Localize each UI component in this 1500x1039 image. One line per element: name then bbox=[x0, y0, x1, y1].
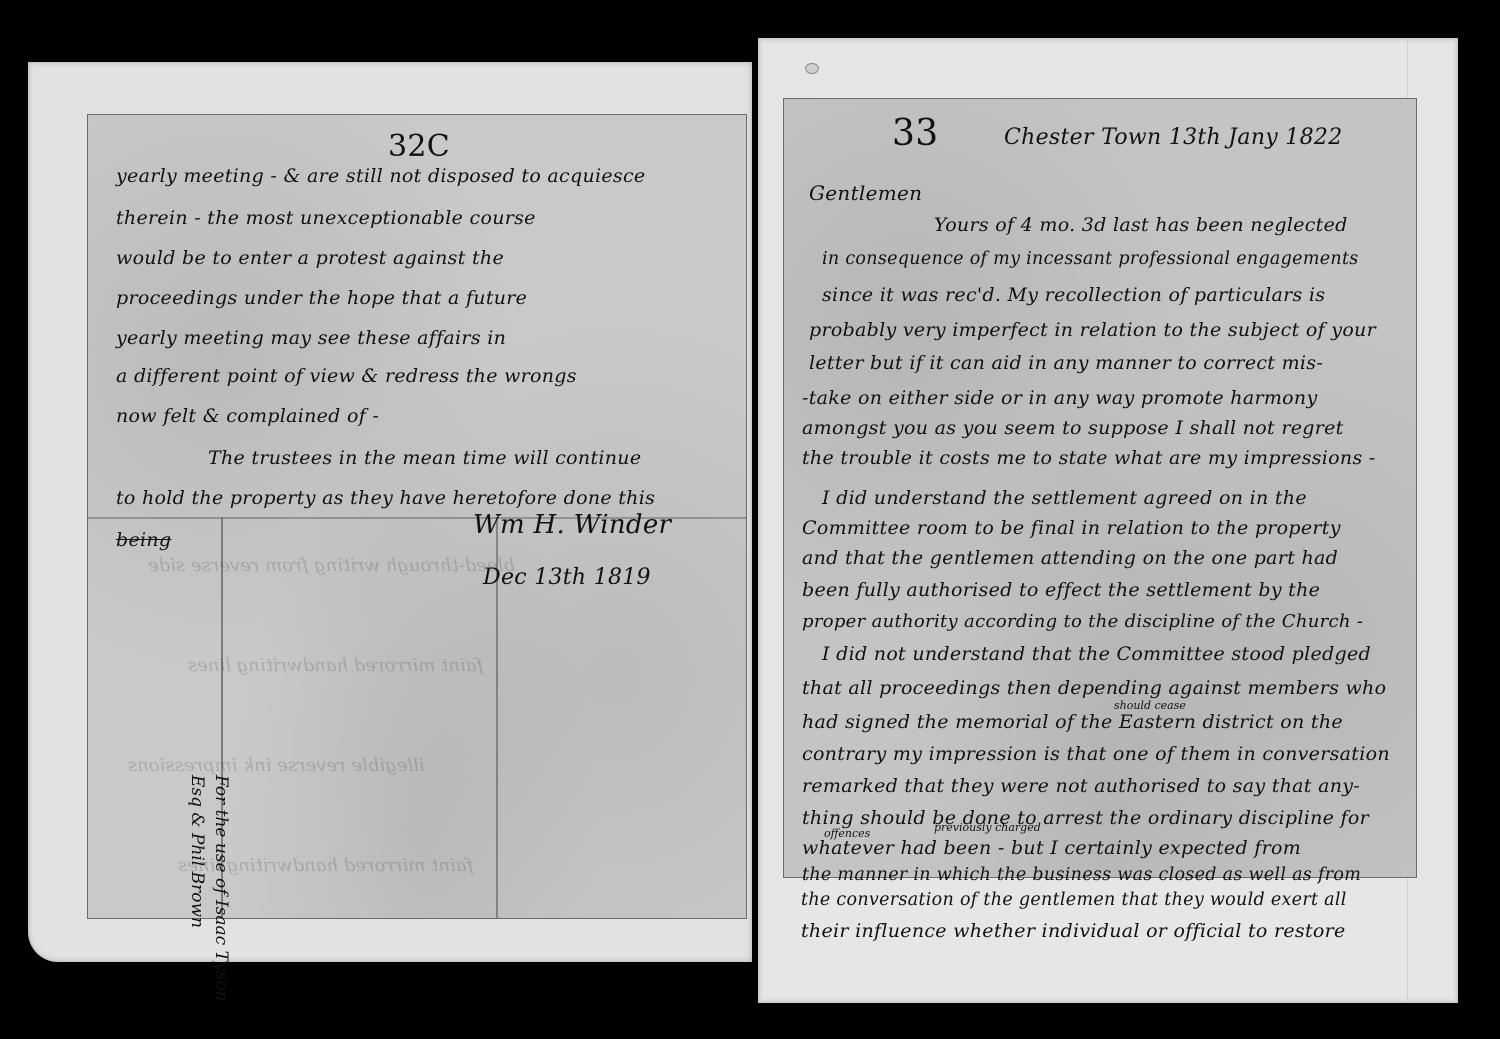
page-number: 33 bbox=[892, 113, 938, 154]
signature: Wm H. Winder bbox=[473, 510, 671, 540]
manuscript-line: contrary my impression is that one of th… bbox=[802, 743, 1390, 765]
interlinear-note: previously charged bbox=[934, 821, 1041, 834]
manuscript-line: that all proceedings then depending agai… bbox=[802, 677, 1386, 699]
manuscript-line: the trouble it costs me to state what ar… bbox=[802, 447, 1376, 469]
manuscript-line: a different point of view & redress the … bbox=[116, 365, 577, 387]
manuscript-line: therein - the most unexceptionable cours… bbox=[116, 207, 536, 229]
manuscript-line: and that the gentlemen attending on the … bbox=[802, 547, 1338, 569]
manuscript-line: their influence whether individual or of… bbox=[801, 920, 1346, 942]
manuscript-line: remarked that they were not authorised t… bbox=[802, 775, 1360, 797]
manuscript-line: letter but if it can aid in any manner t… bbox=[809, 352, 1323, 374]
salutation: Gentlemen bbox=[809, 181, 922, 205]
manuscript-line: Yours of 4 mo. 3d last has been neglecte… bbox=[934, 214, 1348, 236]
manuscript-line: been fully authorised to effect the sett… bbox=[802, 579, 1320, 601]
manuscript-line: would be to enter a protest against the bbox=[116, 247, 504, 269]
docket-line: For the use of Isaac Tyson bbox=[209, 775, 233, 1001]
docket-note: For the use of Isaac Tyson Esq & Phil Br… bbox=[185, 775, 233, 1001]
manuscript-line: the manner in which the business was clo… bbox=[802, 865, 1361, 885]
manuscript-line: Committee room to be final in relation t… bbox=[802, 517, 1341, 539]
punch-hole bbox=[805, 63, 819, 74]
manuscript-line: probably very imperfect in relation to t… bbox=[809, 319, 1376, 341]
manuscript-line: now felt & complained of - bbox=[116, 405, 379, 427]
place-date-heading: Chester Town 13th Jany 1822 bbox=[1004, 125, 1343, 150]
manuscript-line: I did understand the settlement agreed o… bbox=[822, 487, 1307, 509]
manuscript-line: proper authority according to the discip… bbox=[802, 611, 1363, 632]
page-number: 32C bbox=[388, 129, 450, 164]
manuscript-line: yearly meeting may see these affairs in bbox=[116, 327, 506, 349]
manuscript-line: to hold the property as they have hereto… bbox=[116, 487, 655, 509]
docket-line: Esq & Phil Brown bbox=[185, 775, 209, 1001]
manuscript-line: in consequence of my incessant professio… bbox=[822, 249, 1359, 269]
left-manuscript-page: bleed-through writing from reverse side … bbox=[87, 114, 747, 919]
manuscript-line: whatever had been - but I certainly expe… bbox=[802, 837, 1301, 859]
manuscript-line: amongst you as you seem to suppose I sha… bbox=[802, 417, 1344, 439]
manuscript-line: I did not understand that the Committee … bbox=[822, 643, 1371, 665]
letter-date: Dec 13th 1819 bbox=[483, 565, 651, 590]
bleed-through-text: faint mirrored handwriting lines bbox=[188, 655, 483, 676]
bleed-through-text: illegible reverse ink impressions bbox=[128, 755, 425, 776]
manuscript-line: yearly meeting - & are still not dispose… bbox=[116, 165, 645, 187]
manuscript-line: -take on either side or in any way promo… bbox=[802, 387, 1317, 409]
manuscript-line: since it was rec'd. My recollection of p… bbox=[822, 284, 1325, 306]
manuscript-line: had signed the memorial of the Eastern d… bbox=[802, 711, 1343, 733]
manuscript-line-struck: being bbox=[116, 529, 171, 551]
right-manuscript-page: 33 Chester Town 13th Jany 1822 Gentlemen… bbox=[783, 98, 1417, 878]
manuscript-line: thing should be done to arrest the ordin… bbox=[802, 807, 1369, 829]
bleed-through-text: bleed-through writing from reverse side bbox=[148, 555, 515, 576]
manuscript-line: The trustees in the mean time will conti… bbox=[208, 447, 641, 469]
manuscript-line: proceedings under the hope that a future bbox=[116, 287, 527, 309]
manuscript-line: the conversation of the gentlemen that t… bbox=[801, 890, 1347, 910]
